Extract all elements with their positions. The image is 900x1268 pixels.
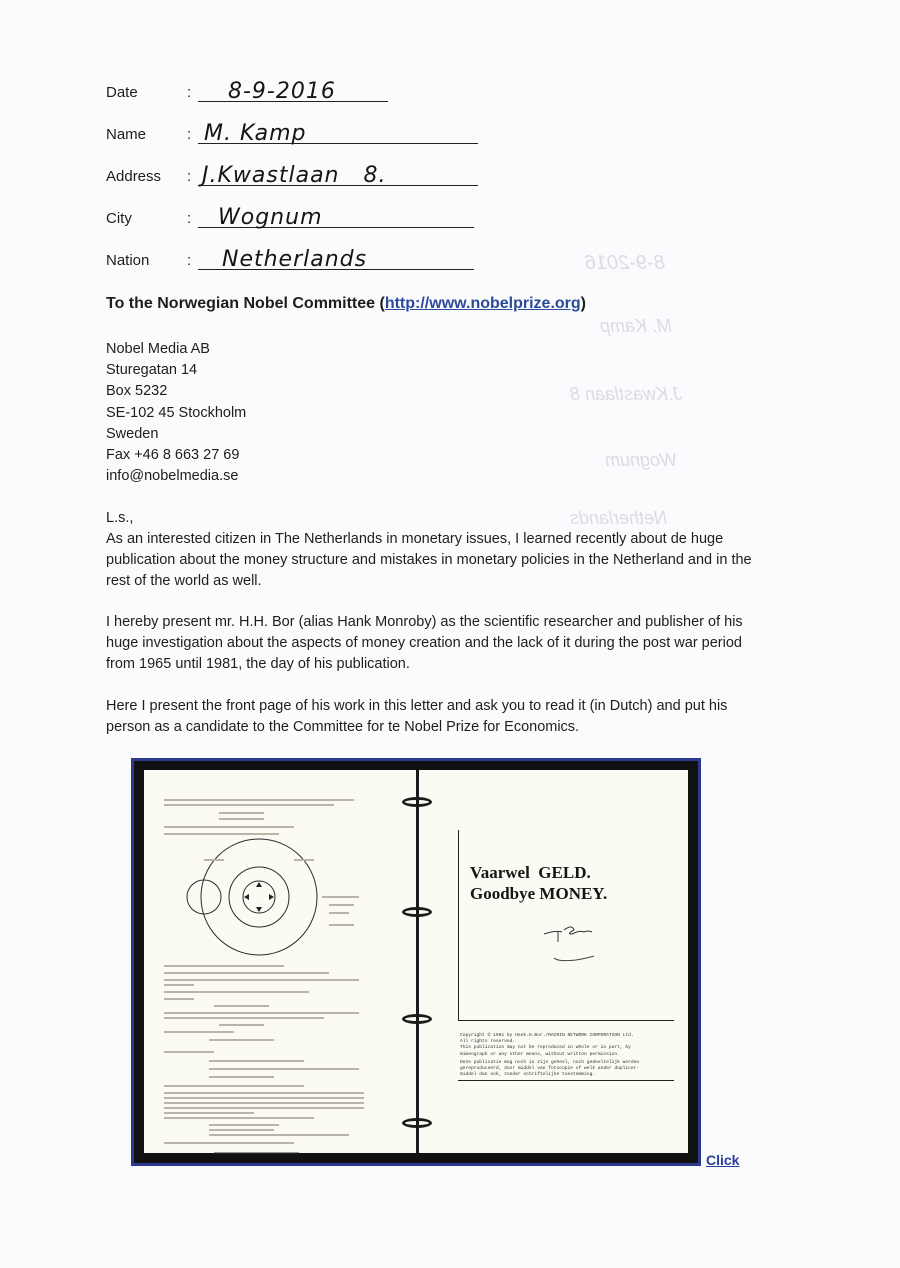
book-title-english: Goodbye MONEY. (470, 883, 607, 904)
address-line: info@nobelmedia.se (106, 466, 246, 487)
form-name-row: Name : M. Kamp (106, 118, 496, 146)
recipient-address: Nobel Media AB Sturegatan 14 Box 5232 SE… (106, 339, 246, 487)
separator: : (187, 126, 191, 143)
city-label: City (106, 210, 132, 227)
separator: : (187, 252, 191, 269)
bleed-through-city: Wognum (605, 450, 677, 471)
separator: : (187, 168, 191, 185)
bleed-through-name: M. Kamp (600, 316, 672, 337)
heading-text: To the Norwegian Nobel Committee ( (106, 295, 385, 312)
address-line: Nobel Media AB (106, 339, 246, 360)
book-title: Vaarwel GELD. Goodbye MONEY. (470, 862, 607, 904)
copyright-notice: Copyright © 1981 by Henk.H.Bor./MACRIN N… (460, 1033, 674, 1078)
book-title-dutch: Vaarwel GELD. (470, 862, 607, 883)
date-value: 8-9-2016 (228, 79, 336, 104)
address-line: Sweden (106, 424, 246, 445)
right-page-title: Vaarwel GELD. Goodbye MONEY. Copyright ©… (426, 770, 688, 1153)
form-city-row: City : Wognum (106, 202, 496, 230)
separator: : (187, 210, 191, 227)
address-line: Sturegatan 14 (106, 360, 246, 381)
salutation: L.s., (106, 508, 766, 529)
letter-paragraph-2: I hereby present mr. H.H. Bor (alias Han… (106, 612, 766, 675)
left-page-typescript (144, 770, 412, 1153)
copyright-line: mimeograph or any other means, without w… (460, 1052, 674, 1058)
address-label: Address (106, 168, 161, 185)
name-value: M. Kamp (204, 121, 307, 146)
book-photo: Vaarwel GELD. Goodbye MONEY. Copyright ©… (131, 758, 701, 1166)
address-line: Box 5232 (106, 381, 246, 402)
recipient-heading: To the Norwegian Nobel Committee (http:/… (106, 295, 586, 313)
copyright-line: middel dan ook, zonder schriftelijke toe… (460, 1072, 674, 1078)
nation-label: Nation (106, 252, 149, 269)
date-label: Date (106, 84, 138, 101)
bleed-through-address: J.Kwastlaan 8 (570, 384, 682, 405)
money-circle-diagram (144, 770, 412, 1158)
address-line: Fax +46 8 663 27 69 (106, 445, 246, 466)
binder-frame: Vaarwel GELD. Goodbye MONEY. Copyright ©… (134, 761, 698, 1163)
form-address-row: Address : J.Kwastlaan 8. (106, 160, 496, 188)
nation-value: Netherlands (222, 247, 367, 272)
separator: : (187, 84, 191, 101)
open-binder-pages: Vaarwel GELD. Goodbye MONEY. Copyright ©… (144, 770, 688, 1153)
address-value: J.Kwastlaan 8. (202, 163, 386, 188)
letter-paragraph-1: As an interested citizen in The Netherla… (106, 529, 766, 592)
form-nation-row: Nation : Netherlands (106, 244, 496, 272)
click-link[interactable]: Click (706, 1152, 739, 1168)
form-date-row: Date : 8-9-2016 (106, 76, 406, 104)
binder-spine (416, 770, 419, 1153)
letter-paragraph-3: Here I present the front page of his wor… (106, 696, 766, 738)
city-value: Wognum (218, 205, 323, 230)
name-label: Name (106, 126, 146, 143)
heading-close: ) (581, 295, 586, 312)
nobelprize-link[interactable]: http://www.nobelprize.org (385, 295, 581, 312)
author-signature (536, 920, 616, 970)
address-line: SE-102 45 Stockholm (106, 403, 246, 424)
copyright-rule (458, 1080, 674, 1081)
bleed-through-date: 8-9-2016 (585, 252, 665, 275)
